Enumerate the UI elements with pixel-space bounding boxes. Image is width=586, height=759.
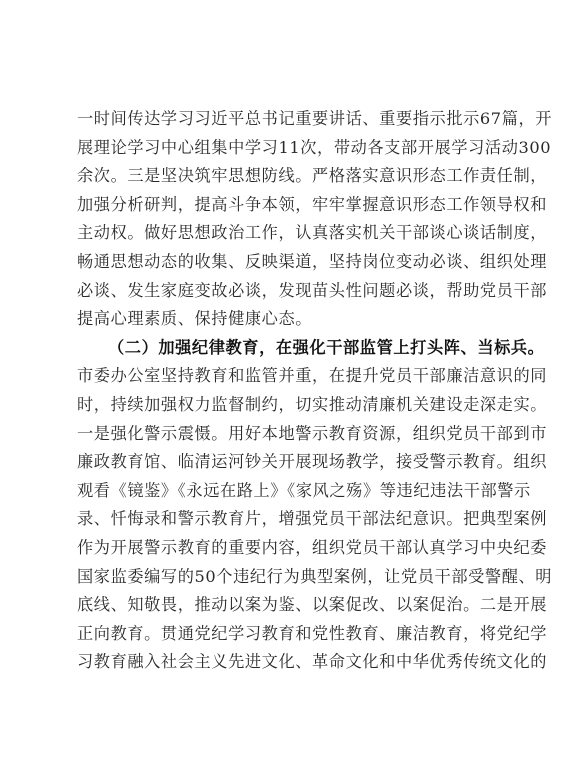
text-line: 主动权。做好思想政治工作，认真落实机关干部谈心谈话制度， <box>77 219 509 248</box>
paragraph-end-line: 提高心理素质、保持健康心态。 <box>77 305 509 334</box>
text-line: 畅通思想动态的收集、反映渠道，坚持岗位变动必谈、组织处理 <box>77 248 509 277</box>
text-line: 一时间传达学习习近平总书记重要讲话、重要指示批示67篇，开 <box>77 105 509 134</box>
text-line: 廉政教育馆、临清运河钞关开展现场教学，接受警示教育。组织 <box>77 448 509 477</box>
text-line: 国家监委编写的50个违纪行为典型案例，让党员干部受警醒、明 <box>77 563 509 592</box>
section-heading: （二）加强纪律教育，在强化干部监管上打头阵、当标兵。 <box>77 334 509 363</box>
text-line: 加强分析研判，提高斗争本领，牢牢掌握意识形态工作领导权和 <box>77 191 509 220</box>
text-line: 录、忏悔录和警示教育片，增强党员干部法纪意识。把典型案例 <box>77 505 509 534</box>
text-line: 市委办公室坚持教育和监管并重，在提升党员干部廉洁意识的同 <box>77 362 509 391</box>
document-page: 一时间传达学习习近平总书记重要讲话、重要指示批示67篇，开 展理论学习中心组集中… <box>0 0 586 759</box>
text-line: 展理论学习中心组集中学习11次，带动各支部开展学习活动300 <box>77 134 509 163</box>
text-line: 习教育融入社会主义先进文化、革命文化和中华优秀传统文化的 <box>77 648 509 677</box>
text-line: 正向教育。贯通党纪学习教育和党性教育、廉洁教育，将党纪学 <box>77 620 509 649</box>
text-line: 观看《镜鉴》《永远在路上》《家风之殇》等违纪违法干部警示 <box>77 477 509 506</box>
text-line: 必谈、发生家庭变故必谈，发现苗头性问题必谈，帮助党员干部 <box>77 277 509 306</box>
text-line: 时，持续加强权力监督制约，切实推动清廉机关建设走深走实。 <box>77 391 509 420</box>
text-line: 底线、知敬畏，推动以案为鉴、以案促改、以案促治。二是开展 <box>77 591 509 620</box>
text-line: 作为开展警示教育的重要内容，组织党员干部认真学习中央纪委 <box>77 534 509 563</box>
text-line: 余次。三是坚决筑牢思想防线。严格落实意识形态工作责任制， <box>77 162 509 191</box>
body-text: 一时间传达学习习近平总书记重要讲话、重要指示批示67篇，开 展理论学习中心组集中… <box>77 105 509 677</box>
text-line: 一是强化警示震慑。用好本地警示教育资源，组织党员干部到市 <box>77 420 509 449</box>
